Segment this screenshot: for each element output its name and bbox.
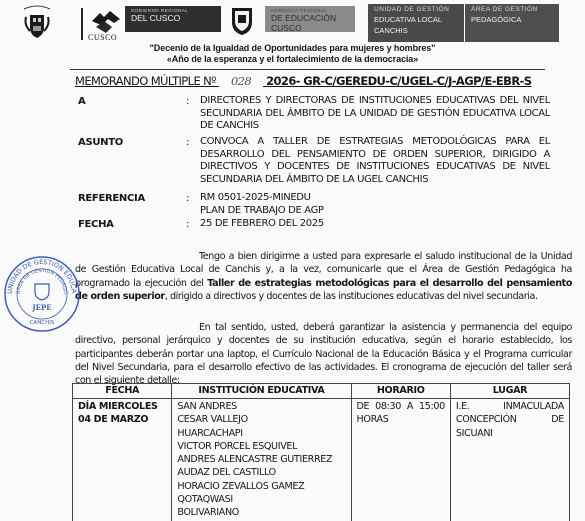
colon: : xyxy=(186,96,189,107)
cell-lugar: I.E. INMACULADA CONCEPCIÓN DE SICUANI xyxy=(450,399,569,521)
list-item: CESAR VALLEJO xyxy=(177,413,345,426)
list-item: ANDRES ALENCASTRE GUTIERREZ xyxy=(177,453,345,466)
field-label-a: A xyxy=(78,96,85,107)
field-label-asunto: ASUNTO xyxy=(78,137,123,148)
cell-horario: DE 08:30 A 15:00 HORAS xyxy=(351,399,450,521)
field-value-fecha: 25 DE FEBRERO DEL 2025 xyxy=(200,218,550,231)
cusco-logo-caption: CUSCO xyxy=(88,33,117,42)
memo-title: MEMORANDO MÚLTIPLE Nº 028 2026- GR-C/GER… xyxy=(75,74,531,88)
column-header-institucion: INSTITUCIÓN EDUCATIVA xyxy=(172,384,351,399)
list-item: HORACIO ZEVALLOS GAMEZ xyxy=(177,480,345,493)
ugel-band: UNIDAD DE GESTIÓN EDUCATIVA LOCAL CANCHI… xyxy=(368,4,464,42)
paragraph-instructions: En tal sentido, usted, deberá garantizar… xyxy=(75,321,572,387)
memo-code: 2026- GR-C/GEREDU-C/UGEL-C/J-AGP/E-EBR-S xyxy=(266,74,531,88)
field-value-a: DIRECTORES Y DIRECTORAS DE INSTITUCIONES… xyxy=(200,95,550,133)
list-item: VICTOR PORCEL ESQUIVEL xyxy=(177,440,345,453)
colon: : xyxy=(186,219,189,230)
header-divider xyxy=(81,8,83,40)
cell-fecha: DÍA MIERCOLES 04 DE MARZO xyxy=(73,399,172,521)
memo-number: 028 xyxy=(219,74,263,88)
list-item: SAN ANDRES xyxy=(177,400,345,413)
agp-band: ÁREA DE GESTIÓN PEDAGÓGICA xyxy=(465,4,559,42)
colon: : xyxy=(186,137,189,148)
field-label-referencia: REFERENCIA xyxy=(78,193,145,204)
gobierno-regional-band: GOBIERNO REGIONAL DEL CUSCO xyxy=(125,6,221,32)
list-item: BOLIVARIANO xyxy=(177,506,345,519)
motto-decenio: "Decenio de la Igualdad de Oportunidades… xyxy=(0,43,585,53)
field-value-asunto: CONVOCA A TALLER DE ESTRATEGIAS METODOLÓ… xyxy=(200,136,550,186)
list-item: QOTAQWASI xyxy=(177,493,345,506)
field-label-fecha: FECHA xyxy=(78,219,114,230)
paragraph-intro: Tengo a bien dirigirme a usted para expr… xyxy=(75,250,572,303)
gered-band: GERENCIA REGIONAL DE EDUCACIÓN CUSCO xyxy=(265,6,355,32)
field-value-referencia-1: RM 0501-2025-MINEDU xyxy=(200,192,550,205)
gered-shield-icon xyxy=(230,6,254,36)
field-value-referencia-2: PLAN DE TRABAJO DE AGP xyxy=(200,205,550,218)
cell-instituciones: SAN ANDRES CESAR VALLEJO HUARCACHAPI VIC… xyxy=(172,399,351,521)
list-item: HUARCACHAPI xyxy=(177,427,345,440)
column-header-fecha: FECHA xyxy=(73,384,172,399)
svg-text:CANCHIS: CANCHIS xyxy=(30,320,55,326)
escudo-peru-icon xyxy=(22,5,52,41)
column-header-horario: HORARIO xyxy=(351,384,450,399)
table-header-row: FECHA INSTITUCIÓN EDUCATIVA HORARIO LUGA… xyxy=(73,384,570,399)
official-stamp-icon: UNIDAD DE GESTIÓN EDUCATIVA LOCAL ÁREA D… xyxy=(2,254,82,334)
motto-year: «Año de la esperanza y el fortalecimient… xyxy=(0,54,585,64)
colon: : xyxy=(186,193,189,204)
svg-text:JEPE: JEPE xyxy=(31,303,51,312)
column-header-lugar: LUGAR xyxy=(450,384,569,399)
list-item: AUDAZ DEL CASTILLO xyxy=(177,466,345,479)
schedule-table: FECHA INSTITUCIÓN EDUCATIVA HORARIO LUGA… xyxy=(72,383,570,521)
table-row: DÍA MIERCOLES 04 DE MARZO SAN ANDRES CES… xyxy=(73,399,570,521)
header-rule xyxy=(70,69,545,70)
